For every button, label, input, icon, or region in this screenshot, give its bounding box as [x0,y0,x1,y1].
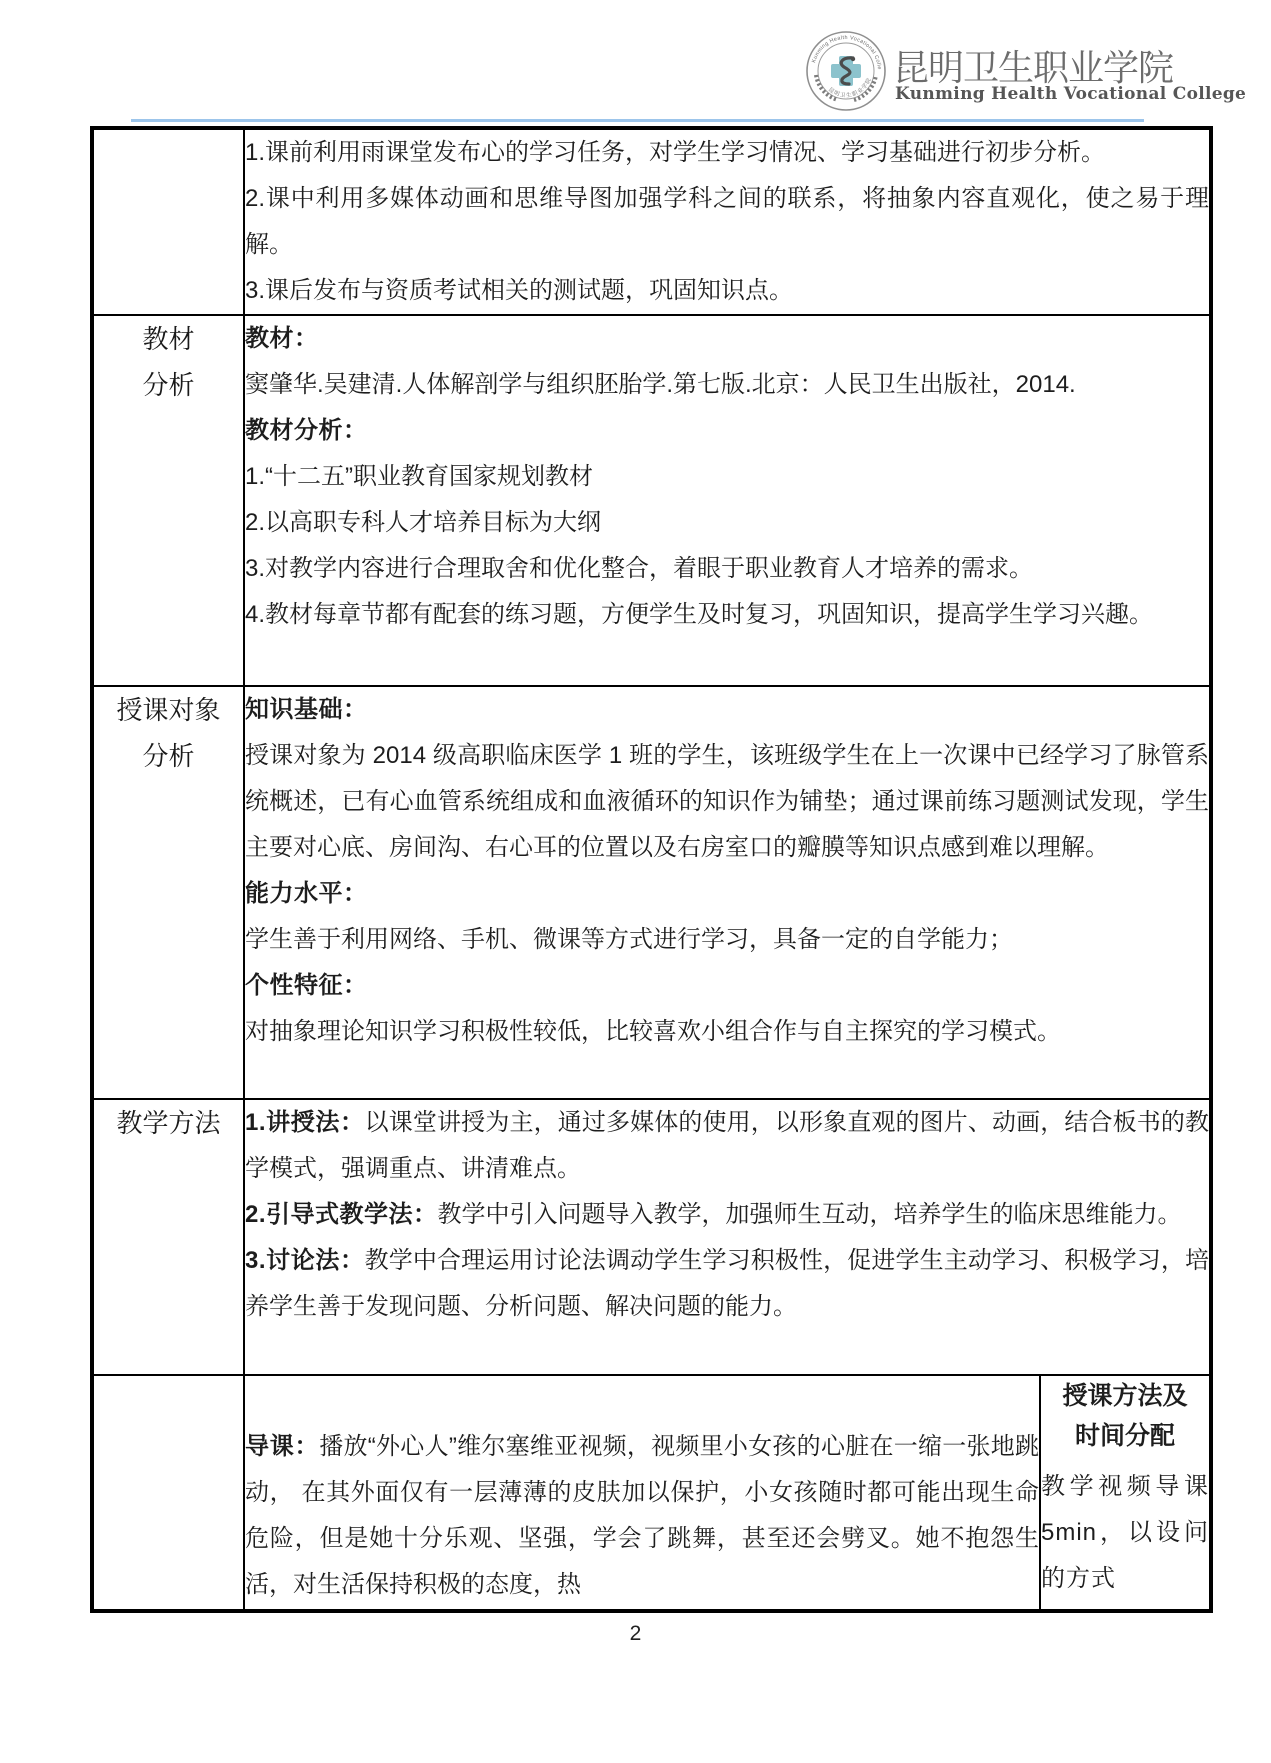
lesson-plan-table: 1.课前利用雨课堂发布心的学习任务，对学生学习情况、学习基础进行初步分析。 2.… [90,126,1213,1613]
row-content-textbook-analysis: 教材： 窦肇华.吴建清.人体解剖学与组织胚胎学.第七版.北京：人民卫生出版社，2… [244,315,1211,686]
section-heading: 教材： [245,316,1209,362]
paragraph: 窦肇华.吴建清.人体解剖学与组织胚胎学.第七版.北京：人民卫生出版社，2014. [245,362,1209,408]
paragraph: 导课：播放“外心人”维尔塞维亚视频，视频里小女孩的心脏在一缩一张地跳动， 在其外… [245,1424,1039,1606]
paragraph: 4.教材每章节都有配套的练习题，方便学生及时复习，巩固知识，提高学生学习兴趣。 [245,592,1209,638]
paragraph: 2.课中利用多媒体动画和思维导图加强学科之间的联系，将抽象内容直观化，使之易于理… [245,176,1209,268]
row-label-empty [92,1375,244,1611]
header-divider [131,119,1144,122]
paragraph: 1.“十二五”职业教育国家规划教材 [245,454,1209,500]
paragraph: 2.引导式教学法：教学中引入问题导入教学，加强师生互动，培养学生的临床思维能力。 [245,1192,1209,1238]
table-row-lesson-intro: 导课：播放“外心人”维尔塞维亚视频，视频里小女孩的心脏在一缩一张地跳动， 在其外… [92,1375,1211,1611]
college-name-en: Kunming Health Vocational College [895,84,1180,104]
page-number: 2 [0,1622,1271,1646]
lesson-plan-page: Kunming Health Vocational College 昆明卫生职业… [0,0,1271,1763]
table-row-intro: 1.课前利用雨课堂发布心的学习任务，对学生学习情况、学习基础进行初步分析。 2.… [92,128,1211,315]
paragraph: 3.讨论法：教学中合理运用讨论法调动学生学习积极性，促进学生主动学习、积极学习，… [245,1238,1209,1330]
college-seal: Kunming Health Vocational College 昆明卫生职业… [804,29,888,113]
paragraph: 1.讲授法：以课堂讲授为主，通过多媒体的使用，以形象直观的图片、动画，结合板书的… [245,1100,1209,1192]
paragraph: 3.课后发布与资质考试相关的测试题，巩固知识点。 [245,268,1209,314]
side-column-body: 教学视频导课 5min，以设问的方式 [1041,1464,1209,1602]
paragraph: 2.以高职专科人才培养目标为大纲 [245,500,1209,546]
paragraph: 授课对象为 2014 级高职临床医学 1 班的学生，该班级学生在上一次课中已经学… [245,733,1209,871]
section-heading: 教材分析： [245,408,1209,454]
seal-dragon-head [851,57,855,61]
row-label-teaching-methods: 教学方法 [92,1099,244,1375]
seal-cross-icon [831,56,861,86]
row-label-textbook-analysis: 教材 分析 [92,315,244,686]
row-label-student-analysis: 授课对象 分析 [92,686,244,1099]
table-row-student-analysis: 授课对象 分析 知识基础： 授课对象为 2014 级高职临床医学 1 班的学生，… [92,686,1211,1099]
section-heading: 能力水平： [245,871,1209,917]
row-content-student-analysis: 知识基础： 授课对象为 2014 级高职临床医学 1 班的学生，该班级学生在上一… [244,686,1211,1099]
section-heading: 知识基础： [245,687,1209,733]
row-content-lesson-intro: 导课：播放“外心人”维尔塞维亚视频，视频里小女孩的心脏在一缩一张地跳动， 在其外… [244,1375,1040,1611]
table-row-textbook-analysis: 教材 分析 教材： 窦肇华.吴建清.人体解剖学与组织胚胎学.第七版.北京：人民卫… [92,315,1211,686]
method-time-cell: 授课方法及 时间分配 教学视频导课 5min，以设问的方式 [1040,1375,1211,1611]
paragraph: 学生善于利用网络、手机、微课等方式进行学习，具备一定的自学能力； [245,917,1209,963]
paragraph: 1.课前利用雨课堂发布心的学习任务，对学生学习情况、学习基础进行初步分析。 [245,130,1209,176]
paragraph: 3.对教学内容进行合理取舍和优化整合，着眼于职业教育人才培养的需求。 [245,546,1209,592]
row-content-teaching-methods: 1.讲授法：以课堂讲授为主，通过多媒体的使用，以形象直观的图片、动画，结合板书的… [244,1099,1211,1375]
paragraph: 对抽象理论知识学习积极性较低，比较喜欢小组合作与自主探究的学习模式。 [245,1009,1209,1055]
section-heading: 个性特征： [245,963,1209,1009]
side-column-title: 授课方法及 时间分配 [1041,1376,1209,1456]
row-content-intro: 1.课前利用雨课堂发布心的学习任务，对学生学习情况、学习基础进行初步分析。 2.… [244,128,1211,315]
row-label-empty [92,128,244,315]
table-row-teaching-methods: 教学方法 1.讲授法：以课堂讲授为主，通过多媒体的使用，以形象直观的图片、动画，… [92,1099,1211,1375]
